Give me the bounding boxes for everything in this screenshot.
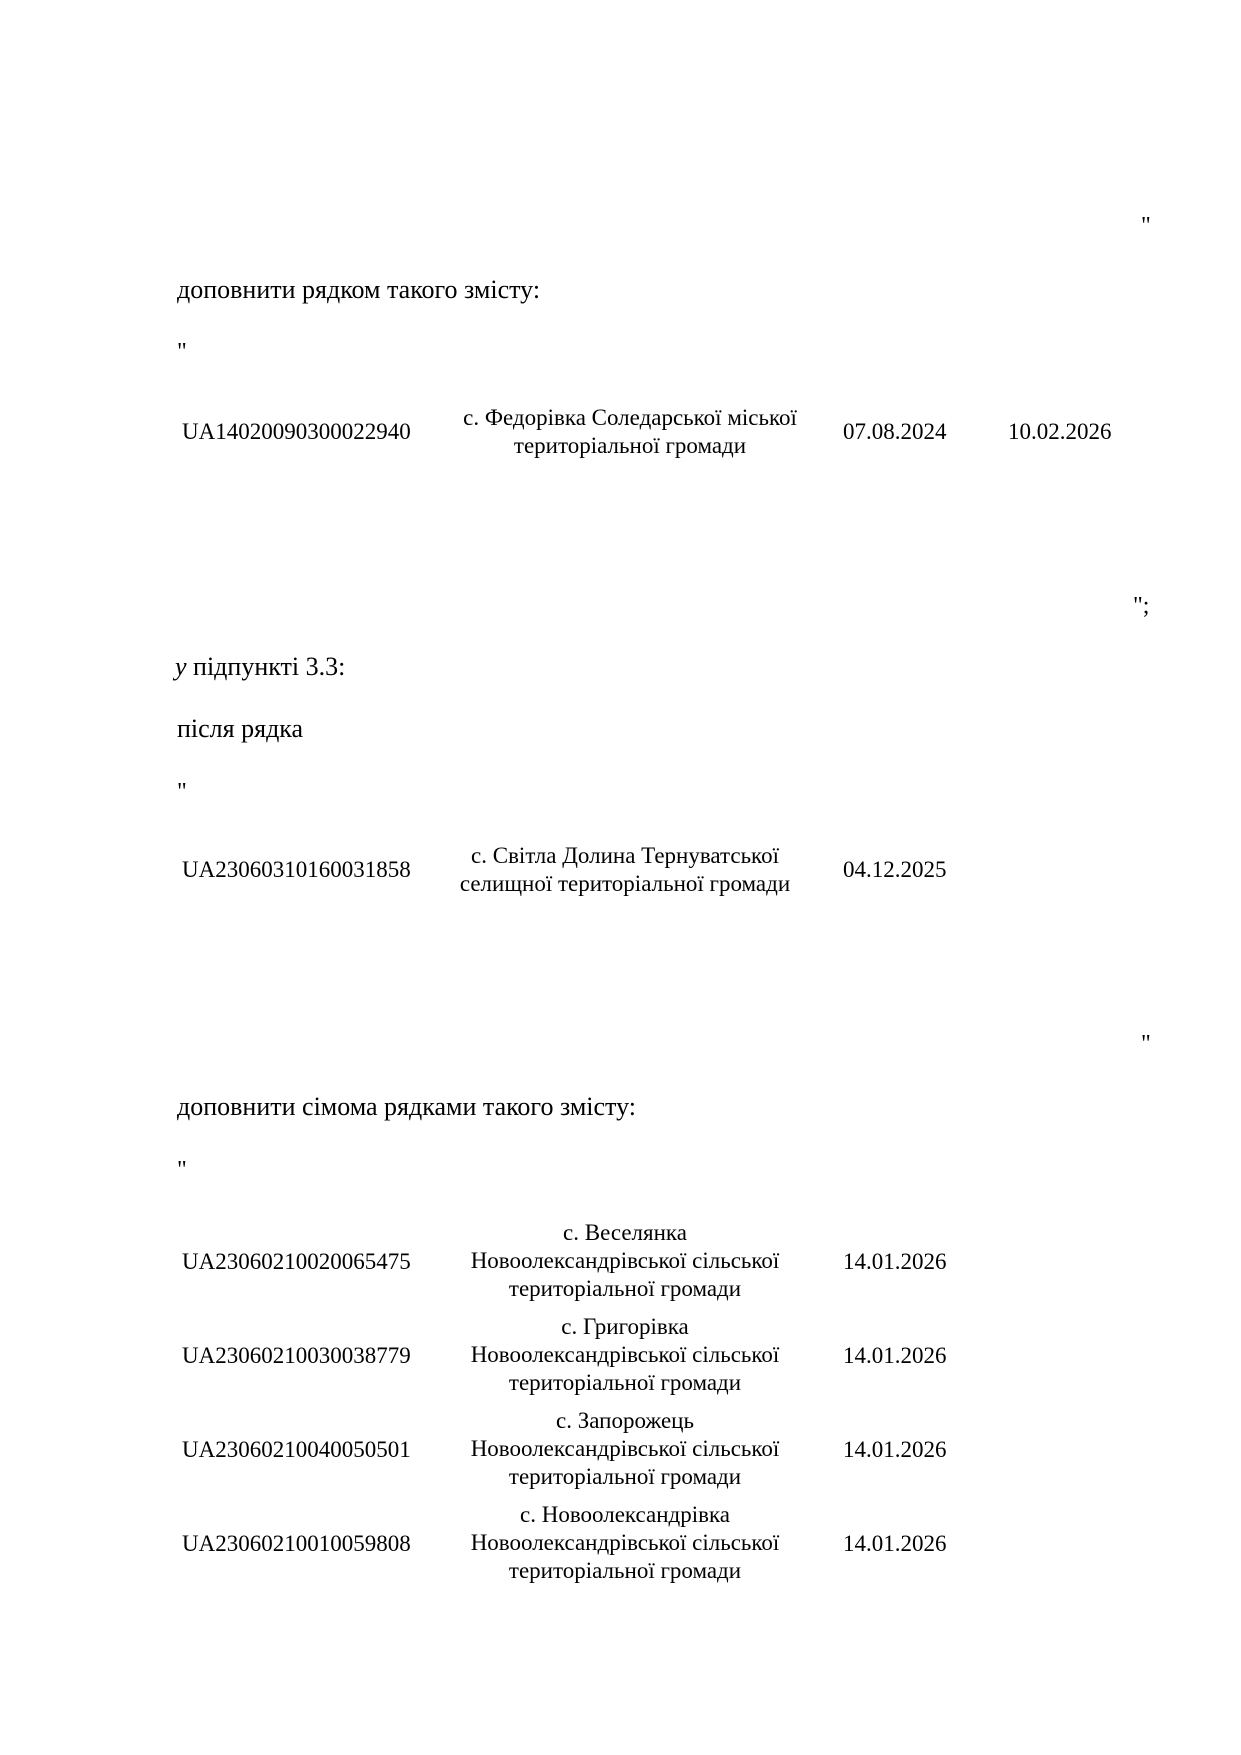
territory-code: UA23060210040050501 <box>182 1436 411 1464</box>
territory-name-line: с. Запорожець <box>450 1407 800 1435</box>
start-date: 14.01.2026 <box>843 1436 947 1464</box>
territory-name-line: Новоолександрівської сільської <box>450 1341 800 1369</box>
territory-name: с. Федорівка Соледарської міської терито… <box>440 404 820 460</box>
territory-code: UA23060210030038779 <box>182 1342 411 1370</box>
territory-name-line: територіальної громади <box>450 1369 800 1397</box>
territory-name-line: територіальної громади <box>450 1463 800 1491</box>
territory-name: с. Запорожець Новоолександрівської сільс… <box>450 1407 800 1491</box>
opening-quote-mark: " <box>177 340 187 364</box>
territory-name: с. Новоолександрівка Новоолександрівсько… <box>450 1501 800 1585</box>
start-date: 14.01.2026 <box>843 1342 947 1370</box>
table-row: UA23060210030038779 с. Григорівка Новоол… <box>0 1313 1241 1401</box>
territory-name-line: Новоолександрівської сільської <box>450 1529 800 1557</box>
territory-name-line: Новоолександрівської сільської <box>450 1435 800 1463</box>
table-row: UA23060210020065475 с. Веселянка Новооле… <box>0 1219 1241 1307</box>
subpoint-prefix: у <box>175 652 187 681</box>
territory-name-line: с. Григорівка <box>450 1313 800 1341</box>
table-row: UA23060310160031858 с. Світла Долина Тер… <box>0 842 1241 902</box>
closing-quote-mark: " <box>1141 1032 1151 1056</box>
territory-code: UA23060310160031858 <box>182 856 411 884</box>
table-row: UA14020090300022940 с. Федорівка Соледар… <box>0 404 1241 464</box>
territory-name: с. Веселянка Новоолександрівської сільсь… <box>450 1219 800 1303</box>
territory-name-line: с. Федорівка Соледарської міської <box>440 404 820 432</box>
territory-name-line: територіальної громади <box>450 1275 800 1303</box>
table-row: UA23060210010059808 с. Новоолександрівка… <box>0 1501 1241 1589</box>
territory-name-line: Новоолександрівської сільської <box>450 1247 800 1275</box>
opening-quote-mark: " <box>177 780 187 804</box>
territory-code: UA23060210020065475 <box>182 1248 411 1276</box>
start-date: 14.01.2026 <box>843 1248 947 1276</box>
territory-name-line: с. Веселянка <box>450 1219 800 1247</box>
start-date: 14.01.2026 <box>843 1530 947 1558</box>
subpoint-heading: у підпункті 3.3: <box>175 652 345 682</box>
territory-name-line: територіальної громади <box>450 1557 800 1585</box>
closing-quote-mark: " <box>1141 214 1151 238</box>
territory-code: UA14020090300022940 <box>182 418 411 446</box>
territory-name-line: с. Світла Долина Тернуватської <box>440 842 810 870</box>
start-date: 07.08.2024 <box>843 418 947 446</box>
subpoint-text: підпункті 3.3: <box>187 652 346 681</box>
territory-name-line: с. Новоолександрівка <box>450 1501 800 1529</box>
amendment-intro-text: доповнити сімома рядками такого змісту: <box>177 1092 636 1122</box>
territory-name-line: селищної територіальної громади <box>440 870 810 898</box>
territory-code: UA23060210010059808 <box>182 1530 411 1558</box>
amendment-intro-text: доповнити рядком такого змісту: <box>177 275 540 305</box>
territory-name: с. Світла Долина Тернуватської селищної … <box>440 842 810 898</box>
opening-quote-mark: " <box>177 1158 187 1182</box>
start-date: 04.12.2025 <box>843 856 947 884</box>
table-row: UA23060210040050501 с. Запорожець Новоол… <box>0 1407 1241 1495</box>
end-date: 10.02.2026 <box>1008 418 1112 446</box>
after-row-text: після рядка <box>177 714 303 744</box>
territory-name-line: територіальної громади <box>440 432 820 460</box>
closing-quote-semicolon: "; <box>1133 594 1149 618</box>
territory-name: с. Григорівка Новоолександрівської сільс… <box>450 1313 800 1397</box>
